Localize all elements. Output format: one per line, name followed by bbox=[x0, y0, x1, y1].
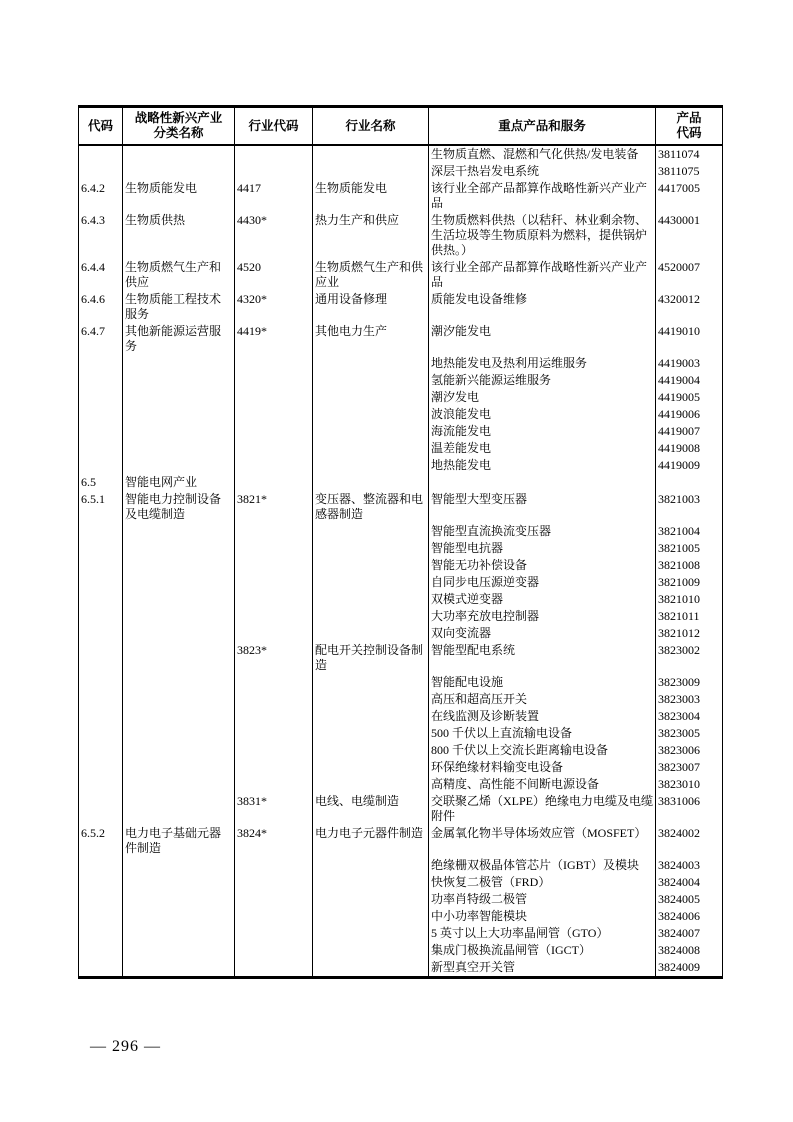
code-cell bbox=[79, 708, 123, 725]
industry-name-cell bbox=[313, 608, 429, 625]
industry-code-cell: 4419* bbox=[235, 323, 313, 355]
product-code-cell: 3823007 bbox=[656, 759, 723, 776]
product-cell: 绝缘栅双极晶体管芯片（IGBT）及模块 bbox=[429, 857, 656, 874]
table-row: 6.4.2生物质能发电4417生物质能发电该行业全部产品都算作战略性新兴产业产品… bbox=[79, 180, 723, 212]
product-code-cell: 4419006 bbox=[656, 406, 723, 423]
product-cell: 地热能发电及热利用运维服务 bbox=[429, 355, 656, 372]
industry-name-cell: 生物质燃气生产和供应业 bbox=[313, 259, 429, 291]
industry-code-cell bbox=[235, 625, 313, 642]
code-cell bbox=[79, 406, 123, 423]
product-cell: 生物质燃料供热（以秸秆、林业剩余物、生活垃圾等生物质原料为燃料，提供锅炉供热。） bbox=[429, 212, 656, 259]
table-row: 快恢复二极管（FRD）3824004 bbox=[79, 874, 723, 891]
header-code: 代码 bbox=[79, 107, 123, 146]
code-cell bbox=[79, 163, 123, 180]
table-row: 地热能发电及热利用运维服务4419003 bbox=[79, 355, 723, 372]
category-cell bbox=[123, 891, 235, 908]
product-cell: 金属氧化物半导体场效应管（MOSFET） bbox=[429, 825, 656, 857]
industry-name-cell bbox=[313, 389, 429, 406]
industry-name-cell bbox=[313, 725, 429, 742]
product-cell: 该行业全部产品都算作战略性新兴产业产品 bbox=[429, 180, 656, 212]
code-cell bbox=[79, 372, 123, 389]
table-row: 6.5.2电力电子基础元器件制造3824*电力电子元器件制造金属氧化物半导体场效… bbox=[79, 825, 723, 857]
code-cell bbox=[79, 742, 123, 759]
table-row: 6.4.3生物质供热4430*热力生产和供应生物质燃料供热（以秸秆、林业剩余物、… bbox=[79, 212, 723, 259]
product-code-cell: 3821005 bbox=[656, 540, 723, 557]
industry-name-cell bbox=[313, 674, 429, 691]
table-row: 潮汐发电4419005 bbox=[79, 389, 723, 406]
category-cell bbox=[123, 908, 235, 925]
table-row: 新型真空开关管3824009 bbox=[79, 959, 723, 978]
product-code-cell: 3821011 bbox=[656, 608, 723, 625]
product-cell: 地热能发电 bbox=[429, 457, 656, 474]
product-code-cell: 4419010 bbox=[656, 323, 723, 355]
product-cell bbox=[429, 474, 656, 491]
table-row: 6.5智能电网产业 bbox=[79, 474, 723, 491]
product-cell: 环保绝缘材料输变电设备 bbox=[429, 759, 656, 776]
industry-name-cell bbox=[313, 857, 429, 874]
category-cell bbox=[123, 708, 235, 725]
product-code-cell: 3823004 bbox=[656, 708, 723, 725]
product-cell: 功率肖特级二极管 bbox=[429, 891, 656, 908]
industry-code-cell bbox=[235, 725, 313, 742]
table-row: 生物质直燃、混燃和气化供热/发电装备3811074 bbox=[79, 145, 723, 163]
product-cell: 自同步电压源逆变器 bbox=[429, 574, 656, 591]
table-row: 自同步电压源逆变器3821009 bbox=[79, 574, 723, 591]
table-row: 高精度、高性能不间断电源设备3823010 bbox=[79, 776, 723, 793]
industry-code-cell: 3831* bbox=[235, 793, 313, 825]
table-row: 大功率充放电控制器3821011 bbox=[79, 608, 723, 625]
industry-code-cell: 3824* bbox=[235, 825, 313, 857]
product-code-cell: 3821008 bbox=[656, 557, 723, 574]
industry-code-cell: 3823* bbox=[235, 642, 313, 674]
category-cell bbox=[123, 145, 235, 163]
header-key-products: 重点产品和服务 bbox=[429, 107, 656, 146]
product-cell: 高精度、高性能不间断电源设备 bbox=[429, 776, 656, 793]
product-cell: 智能型直流换流变压器 bbox=[429, 523, 656, 540]
product-cell: 快恢复二极管（FRD） bbox=[429, 874, 656, 891]
product-cell: 在线监测及诊断装置 bbox=[429, 708, 656, 725]
code-cell bbox=[79, 557, 123, 574]
product-code-cell: 3823009 bbox=[656, 674, 723, 691]
industry-code-cell bbox=[235, 163, 313, 180]
industry-code-cell bbox=[235, 759, 313, 776]
table-row: 6.4.7其他新能源运营服务4419*其他电力生产潮汐能发电4419010 bbox=[79, 323, 723, 355]
industry-name-cell bbox=[313, 406, 429, 423]
product-code-cell: 4417005 bbox=[656, 180, 723, 212]
code-cell bbox=[79, 440, 123, 457]
product-code-cell: 4320012 bbox=[656, 291, 723, 323]
product-code-cell: 3823010 bbox=[656, 776, 723, 793]
product-cell: 波浪能发电 bbox=[429, 406, 656, 423]
category-cell bbox=[123, 591, 235, 608]
table-body: 生物质直燃、混燃和气化供热/发电装备3811074深层干热岩发电系统381107… bbox=[79, 145, 723, 978]
product-code-cell: 3824008 bbox=[656, 942, 723, 959]
category-cell bbox=[123, 457, 235, 474]
code-cell bbox=[79, 925, 123, 942]
industry-code-cell bbox=[235, 423, 313, 440]
industry-name-cell bbox=[313, 474, 429, 491]
product-cell: 该行业全部产品都算作战略性新兴产业产品 bbox=[429, 259, 656, 291]
code-cell bbox=[79, 591, 123, 608]
table-row: 800 千伏以上交流长距离输电设备3823006 bbox=[79, 742, 723, 759]
product-cell: 智能型电抗器 bbox=[429, 540, 656, 557]
product-cell: 500 千伏以上直流输电设备 bbox=[429, 725, 656, 742]
industry-name-cell bbox=[313, 145, 429, 163]
product-cell: 交联聚乙烯（XLPE）绝缘电力电缆及电缆附件 bbox=[429, 793, 656, 825]
product-cell: 集成门极换流晶闸管（IGCT） bbox=[429, 942, 656, 959]
product-code-cell: 3824002 bbox=[656, 825, 723, 857]
product-code-cell: 4430001 bbox=[656, 212, 723, 259]
code-cell bbox=[79, 942, 123, 959]
table-row: 5 英寸以上大功率晶闸管（GTO）3824007 bbox=[79, 925, 723, 942]
industry-code-cell bbox=[235, 742, 313, 759]
industry-name-cell bbox=[313, 691, 429, 708]
code-cell: 6.4.4 bbox=[79, 259, 123, 291]
industry-name-cell bbox=[313, 925, 429, 942]
table-row: 3831*电线、电缆制造交联聚乙烯（XLPE）绝缘电力电缆及电缆附件383100… bbox=[79, 793, 723, 825]
industry-name-cell bbox=[313, 423, 429, 440]
industry-code-cell bbox=[235, 874, 313, 891]
code-cell bbox=[79, 959, 123, 978]
industry-code-cell bbox=[235, 708, 313, 725]
product-code-cell: 4419005 bbox=[656, 389, 723, 406]
product-code-cell: 3824009 bbox=[656, 959, 723, 978]
product-cell: 800 千伏以上交流长距离输电设备 bbox=[429, 742, 656, 759]
industry-name-cell: 通用设备修理 bbox=[313, 291, 429, 323]
industry-code-cell bbox=[235, 908, 313, 925]
table-row: 6.5.1智能电力控制设备及电缆制造3821*变压器、整流器和电感器制造智能型大… bbox=[79, 491, 723, 523]
code-cell: 6.4.7 bbox=[79, 323, 123, 355]
industry-name-cell bbox=[313, 908, 429, 925]
table-row: 在线监测及诊断装置3823004 bbox=[79, 708, 723, 725]
product-cell: 潮汐发电 bbox=[429, 389, 656, 406]
category-cell bbox=[123, 874, 235, 891]
product-cell: 双向变流器 bbox=[429, 625, 656, 642]
category-cell: 生物质燃气生产和供应 bbox=[123, 259, 235, 291]
table-row: 波浪能发电4419006 bbox=[79, 406, 723, 423]
industry-code-cell bbox=[235, 145, 313, 163]
category-cell: 生物质供热 bbox=[123, 212, 235, 259]
industry-name-cell bbox=[313, 372, 429, 389]
category-cell bbox=[123, 925, 235, 942]
industry-name-cell bbox=[313, 776, 429, 793]
category-cell: 生物质能工程技术服务 bbox=[123, 291, 235, 323]
industry-code-cell: 4430* bbox=[235, 212, 313, 259]
product-cell: 智能无功补偿设备 bbox=[429, 557, 656, 574]
category-cell bbox=[123, 742, 235, 759]
industry-name-cell bbox=[313, 540, 429, 557]
table-row: 500 千伏以上直流输电设备3823005 bbox=[79, 725, 723, 742]
industry-code-cell bbox=[235, 523, 313, 540]
industry-code-cell bbox=[235, 608, 313, 625]
category-cell bbox=[123, 759, 235, 776]
industry-code-cell bbox=[235, 389, 313, 406]
code-cell bbox=[79, 523, 123, 540]
code-cell: 6.5.1 bbox=[79, 491, 123, 523]
table-header: 代码 战略性新兴产业 分类名称 行业代码 行业名称 重点产品和服务 产品 代码 bbox=[79, 107, 723, 146]
code-cell bbox=[79, 857, 123, 874]
product-code-cell: 3811075 bbox=[656, 163, 723, 180]
industry-name-cell bbox=[313, 708, 429, 725]
industry-name-cell bbox=[313, 959, 429, 978]
industry-code-cell: 4320* bbox=[235, 291, 313, 323]
product-cell: 海流能发电 bbox=[429, 423, 656, 440]
code-cell: 6.5 bbox=[79, 474, 123, 491]
category-cell bbox=[123, 440, 235, 457]
category-cell bbox=[123, 406, 235, 423]
product-cell: 智能配电设施 bbox=[429, 674, 656, 691]
category-cell bbox=[123, 857, 235, 874]
industry-code-cell: 4417 bbox=[235, 180, 313, 212]
industry-code-cell bbox=[235, 942, 313, 959]
category-cell: 智能电网产业 bbox=[123, 474, 235, 491]
category-cell bbox=[123, 942, 235, 959]
industry-name-cell: 电线、电缆制造 bbox=[313, 793, 429, 825]
product-cell: 大功率充放电控制器 bbox=[429, 608, 656, 625]
code-cell: 6.4.6 bbox=[79, 291, 123, 323]
industry-code-cell bbox=[235, 406, 313, 423]
table-row: 智能型直流换流变压器3821004 bbox=[79, 523, 723, 540]
category-cell bbox=[123, 725, 235, 742]
industry-name-cell: 变压器、整流器和电感器制造 bbox=[313, 491, 429, 523]
product-cell: 中小功率智能模块 bbox=[429, 908, 656, 925]
product-cell: 双模式逆变器 bbox=[429, 591, 656, 608]
industry-classification-table: 代码 战略性新兴产业 分类名称 行业代码 行业名称 重点产品和服务 产品 代码 … bbox=[78, 105, 723, 979]
product-code-cell: 3824004 bbox=[656, 874, 723, 891]
industry-code-cell bbox=[235, 540, 313, 557]
industry-code-cell: 4520 bbox=[235, 259, 313, 291]
product-code-cell: 4419003 bbox=[656, 355, 723, 372]
product-cell: 氢能新兴能源运维服务 bbox=[429, 372, 656, 389]
product-code-cell: 4419007 bbox=[656, 423, 723, 440]
code-cell bbox=[79, 608, 123, 625]
product-code-cell: 3824007 bbox=[656, 925, 723, 942]
industry-name-cell: 其他电力生产 bbox=[313, 323, 429, 355]
code-cell bbox=[79, 891, 123, 908]
industry-name-cell bbox=[313, 523, 429, 540]
table-row: 6.4.6生物质能工程技术服务4320*通用设备修理质能发电设备维修432001… bbox=[79, 291, 723, 323]
product-cell: 温差能发电 bbox=[429, 440, 656, 457]
industry-name-cell bbox=[313, 355, 429, 372]
industry-name-cell: 热力生产和供应 bbox=[313, 212, 429, 259]
code-cell bbox=[79, 908, 123, 925]
industry-name-cell bbox=[313, 759, 429, 776]
code-cell bbox=[79, 423, 123, 440]
category-cell bbox=[123, 959, 235, 978]
industry-code-cell bbox=[235, 457, 313, 474]
industry-name-cell: 生物质能发电 bbox=[313, 180, 429, 212]
industry-code-cell bbox=[235, 891, 313, 908]
industry-name-cell bbox=[313, 163, 429, 180]
product-code-cell: 4419008 bbox=[656, 440, 723, 457]
table-row: 双向变流器3821012 bbox=[79, 625, 723, 642]
code-cell bbox=[79, 674, 123, 691]
product-cell: 生物质直燃、混燃和气化供热/发电装备 bbox=[429, 145, 656, 163]
page-number: — 296 — bbox=[90, 1038, 161, 1056]
product-code-cell: 3824006 bbox=[656, 908, 723, 925]
table-row: 深层干热岩发电系统3811075 bbox=[79, 163, 723, 180]
industry-code-cell: 3821* bbox=[235, 491, 313, 523]
table-row: 集成门极换流晶闸管（IGCT）3824008 bbox=[79, 942, 723, 959]
table-row: 中小功率智能模块3824006 bbox=[79, 908, 723, 925]
code-cell bbox=[79, 145, 123, 163]
industry-name-cell bbox=[313, 457, 429, 474]
product-code-cell: 3823002 bbox=[656, 642, 723, 674]
code-cell bbox=[79, 540, 123, 557]
industry-name-cell bbox=[313, 440, 429, 457]
category-cell bbox=[123, 355, 235, 372]
product-code-cell: 3821009 bbox=[656, 574, 723, 591]
industry-code-cell bbox=[235, 925, 313, 942]
table-row: 环保绝缘材料输变电设备3823007 bbox=[79, 759, 723, 776]
code-cell: 6.4.2 bbox=[79, 180, 123, 212]
product-cell: 智能型配电系统 bbox=[429, 642, 656, 674]
category-cell bbox=[123, 389, 235, 406]
table-row: 功率肖特级二极管3824005 bbox=[79, 891, 723, 908]
category-cell bbox=[123, 523, 235, 540]
table-row: 海流能发电4419007 bbox=[79, 423, 723, 440]
industry-code-cell bbox=[235, 440, 313, 457]
product-code-cell: 3824005 bbox=[656, 891, 723, 908]
product-cell: 潮汐能发电 bbox=[429, 323, 656, 355]
table-row: 地热能发电4419009 bbox=[79, 457, 723, 474]
code-cell bbox=[79, 625, 123, 642]
industry-code-cell bbox=[235, 857, 313, 874]
code-cell bbox=[79, 874, 123, 891]
header-product-code: 产品 代码 bbox=[656, 107, 723, 146]
product-code-cell: 3811074 bbox=[656, 145, 723, 163]
product-code-cell: 4419004 bbox=[656, 372, 723, 389]
industry-name-cell bbox=[313, 574, 429, 591]
product-code-cell: 4419009 bbox=[656, 457, 723, 474]
header-industry-name: 行业名称 bbox=[313, 107, 429, 146]
category-cell bbox=[123, 691, 235, 708]
industry-name-cell bbox=[313, 557, 429, 574]
code-cell: 6.5.2 bbox=[79, 825, 123, 857]
table-row: 智能型电抗器3821005 bbox=[79, 540, 723, 557]
category-cell bbox=[123, 776, 235, 793]
industry-name-cell bbox=[313, 942, 429, 959]
product-code-cell: 4520007 bbox=[656, 259, 723, 291]
document-page: 代码 战略性新兴产业 分类名称 行业代码 行业名称 重点产品和服务 产品 代码 … bbox=[0, 0, 793, 1122]
code-cell bbox=[79, 691, 123, 708]
product-cell: 高压和超高压开关 bbox=[429, 691, 656, 708]
product-code-cell: 3821010 bbox=[656, 591, 723, 608]
table-row: 绝缘栅双极晶体管芯片（IGBT）及模块3824003 bbox=[79, 857, 723, 874]
table-row: 高压和超高压开关3823003 bbox=[79, 691, 723, 708]
category-cell: 其他新能源运营服务 bbox=[123, 323, 235, 355]
code-cell bbox=[79, 776, 123, 793]
category-cell bbox=[123, 674, 235, 691]
table-row: 温差能发电4419008 bbox=[79, 440, 723, 457]
product-cell: 5 英寸以上大功率晶闸管（GTO） bbox=[429, 925, 656, 942]
industry-name-cell bbox=[313, 625, 429, 642]
category-cell: 智能电力控制设备及电缆制造 bbox=[123, 491, 235, 523]
industry-name-cell bbox=[313, 742, 429, 759]
product-code-cell: 3823006 bbox=[656, 742, 723, 759]
code-cell bbox=[79, 642, 123, 674]
table-row: 智能配电设施3823009 bbox=[79, 674, 723, 691]
product-cell: 深层干热岩发电系统 bbox=[429, 163, 656, 180]
product-cell: 智能型大型变压器 bbox=[429, 491, 656, 523]
category-cell: 电力电子基础元器件制造 bbox=[123, 825, 235, 857]
category-cell bbox=[123, 608, 235, 625]
industry-code-cell bbox=[235, 591, 313, 608]
table-row: 6.4.4生物质燃气生产和供应4520生物质燃气生产和供应业该行业全部产品都算作… bbox=[79, 259, 723, 291]
industry-code-cell bbox=[235, 474, 313, 491]
industry-code-cell bbox=[235, 674, 313, 691]
category-cell bbox=[123, 625, 235, 642]
header-industry-code: 行业代码 bbox=[235, 107, 313, 146]
category-cell bbox=[123, 557, 235, 574]
industry-code-cell bbox=[235, 959, 313, 978]
product-code-cell: 3821004 bbox=[656, 523, 723, 540]
code-cell bbox=[79, 574, 123, 591]
code-cell: 6.4.3 bbox=[79, 212, 123, 259]
table-row: 双模式逆变器3821010 bbox=[79, 591, 723, 608]
header-category-name: 战略性新兴产业 分类名称 bbox=[123, 107, 235, 146]
code-cell bbox=[79, 759, 123, 776]
product-code-cell: 3823005 bbox=[656, 725, 723, 742]
product-code-cell: 3823003 bbox=[656, 691, 723, 708]
industry-code-cell bbox=[235, 372, 313, 389]
category-cell bbox=[123, 574, 235, 591]
category-cell bbox=[123, 540, 235, 557]
code-cell bbox=[79, 793, 123, 825]
code-cell bbox=[79, 725, 123, 742]
industry-code-cell bbox=[235, 574, 313, 591]
industry-name-cell bbox=[313, 874, 429, 891]
product-code-cell: 3824003 bbox=[656, 857, 723, 874]
industry-name-cell: 配电开关控制设备制造 bbox=[313, 642, 429, 674]
category-cell bbox=[123, 642, 235, 674]
product-code-cell: 3821012 bbox=[656, 625, 723, 642]
industry-code-cell bbox=[235, 776, 313, 793]
category-cell bbox=[123, 793, 235, 825]
table-row: 智能无功补偿设备3821008 bbox=[79, 557, 723, 574]
category-cell bbox=[123, 163, 235, 180]
product-code-cell: 3821003 bbox=[656, 491, 723, 523]
code-cell bbox=[79, 355, 123, 372]
category-cell bbox=[123, 372, 235, 389]
product-cell: 新型真空开关管 bbox=[429, 959, 656, 978]
industry-code-cell bbox=[235, 557, 313, 574]
industry-code-cell bbox=[235, 691, 313, 708]
category-cell: 生物质能发电 bbox=[123, 180, 235, 212]
product-code-cell: 3831006 bbox=[656, 793, 723, 825]
industry-name-cell bbox=[313, 891, 429, 908]
code-cell bbox=[79, 457, 123, 474]
industry-name-cell bbox=[313, 591, 429, 608]
product-code-cell bbox=[656, 474, 723, 491]
category-cell bbox=[123, 423, 235, 440]
table-row: 氢能新兴能源运维服务4419004 bbox=[79, 372, 723, 389]
product-cell: 质能发电设备维修 bbox=[429, 291, 656, 323]
code-cell bbox=[79, 389, 123, 406]
table-row: 3823*配电开关控制设备制造智能型配电系统3823002 bbox=[79, 642, 723, 674]
header-row: 代码 战略性新兴产业 分类名称 行业代码 行业名称 重点产品和服务 产品 代码 bbox=[79, 107, 723, 146]
industry-name-cell: 电力电子元器件制造 bbox=[313, 825, 429, 857]
industry-code-cell bbox=[235, 355, 313, 372]
